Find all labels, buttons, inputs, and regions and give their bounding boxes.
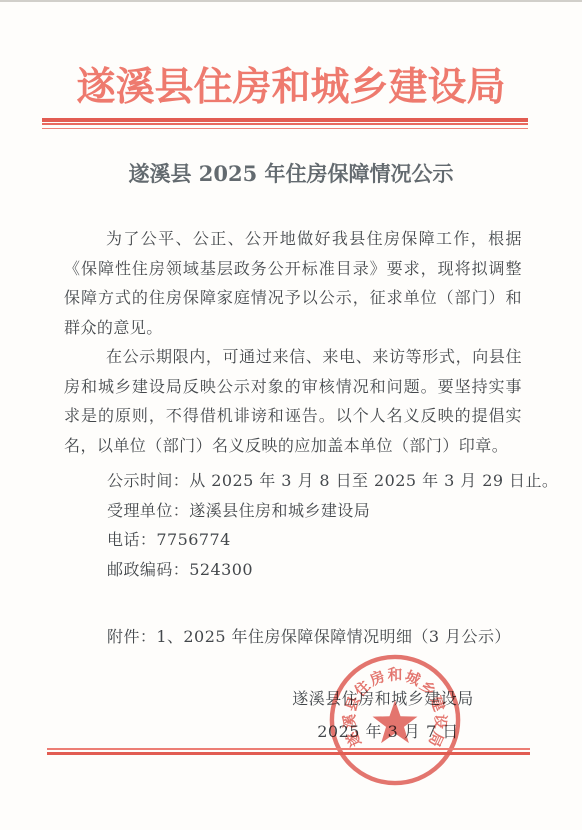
footer-rule <box>47 748 530 755</box>
body-paragraph-2: 在公示期限内，可通过来信、来电、来访等形式，向县住房和城乡建设局反映公示对象的审… <box>64 342 522 460</box>
svg-text:遂: 遂 <box>342 728 365 749</box>
official-seal: 遂溪县住房和城乡建设局 <box>326 651 464 789</box>
attachment-line: 附件：1、2025 年住房保障保障情况明细（3 月公示） <box>64 622 565 652</box>
document-page: 遂溪县住房和城乡建设局 遂溪县 2025 年住房保障情况公示 为了公平、公正、公… <box>0 0 582 830</box>
svg-text:和: 和 <box>388 666 403 684</box>
info-line-accepting-unit: 受理单位：遂溪县住房和城乡建设局 <box>64 496 522 526</box>
svg-text:设: 设 <box>431 714 450 730</box>
body-paragraph-1: 为了公平、公正、公开地做好我县住房保障工作，根据《保障性住房领域基层政务公开标准… <box>64 224 522 342</box>
info-block: 公示时间：从 2025 年 3 月 8 日至 2025 年 3 月 29 日止。… <box>64 466 522 584</box>
scan-edge-artifact <box>0 0 582 2</box>
letterhead-org-name: 遂溪县住房和城乡建设局 <box>0 56 582 112</box>
info-line-postal-code: 邮政编码：524300 <box>64 555 522 585</box>
svg-text:溪: 溪 <box>340 714 359 730</box>
info-line-phone: 电话：7756774 <box>64 525 522 555</box>
document-title: 遂溪县 2025 年住房保障情况公示 <box>0 158 582 188</box>
svg-text:局: 局 <box>425 729 447 750</box>
letterhead-rule <box>42 118 528 129</box>
svg-text:建: 建 <box>426 694 447 714</box>
star-icon <box>373 700 418 743</box>
info-line-publicity-period: 公示时间：从 2025 年 3 月 8 日至 2025 年 3 月 29 日止。 <box>64 466 522 496</box>
